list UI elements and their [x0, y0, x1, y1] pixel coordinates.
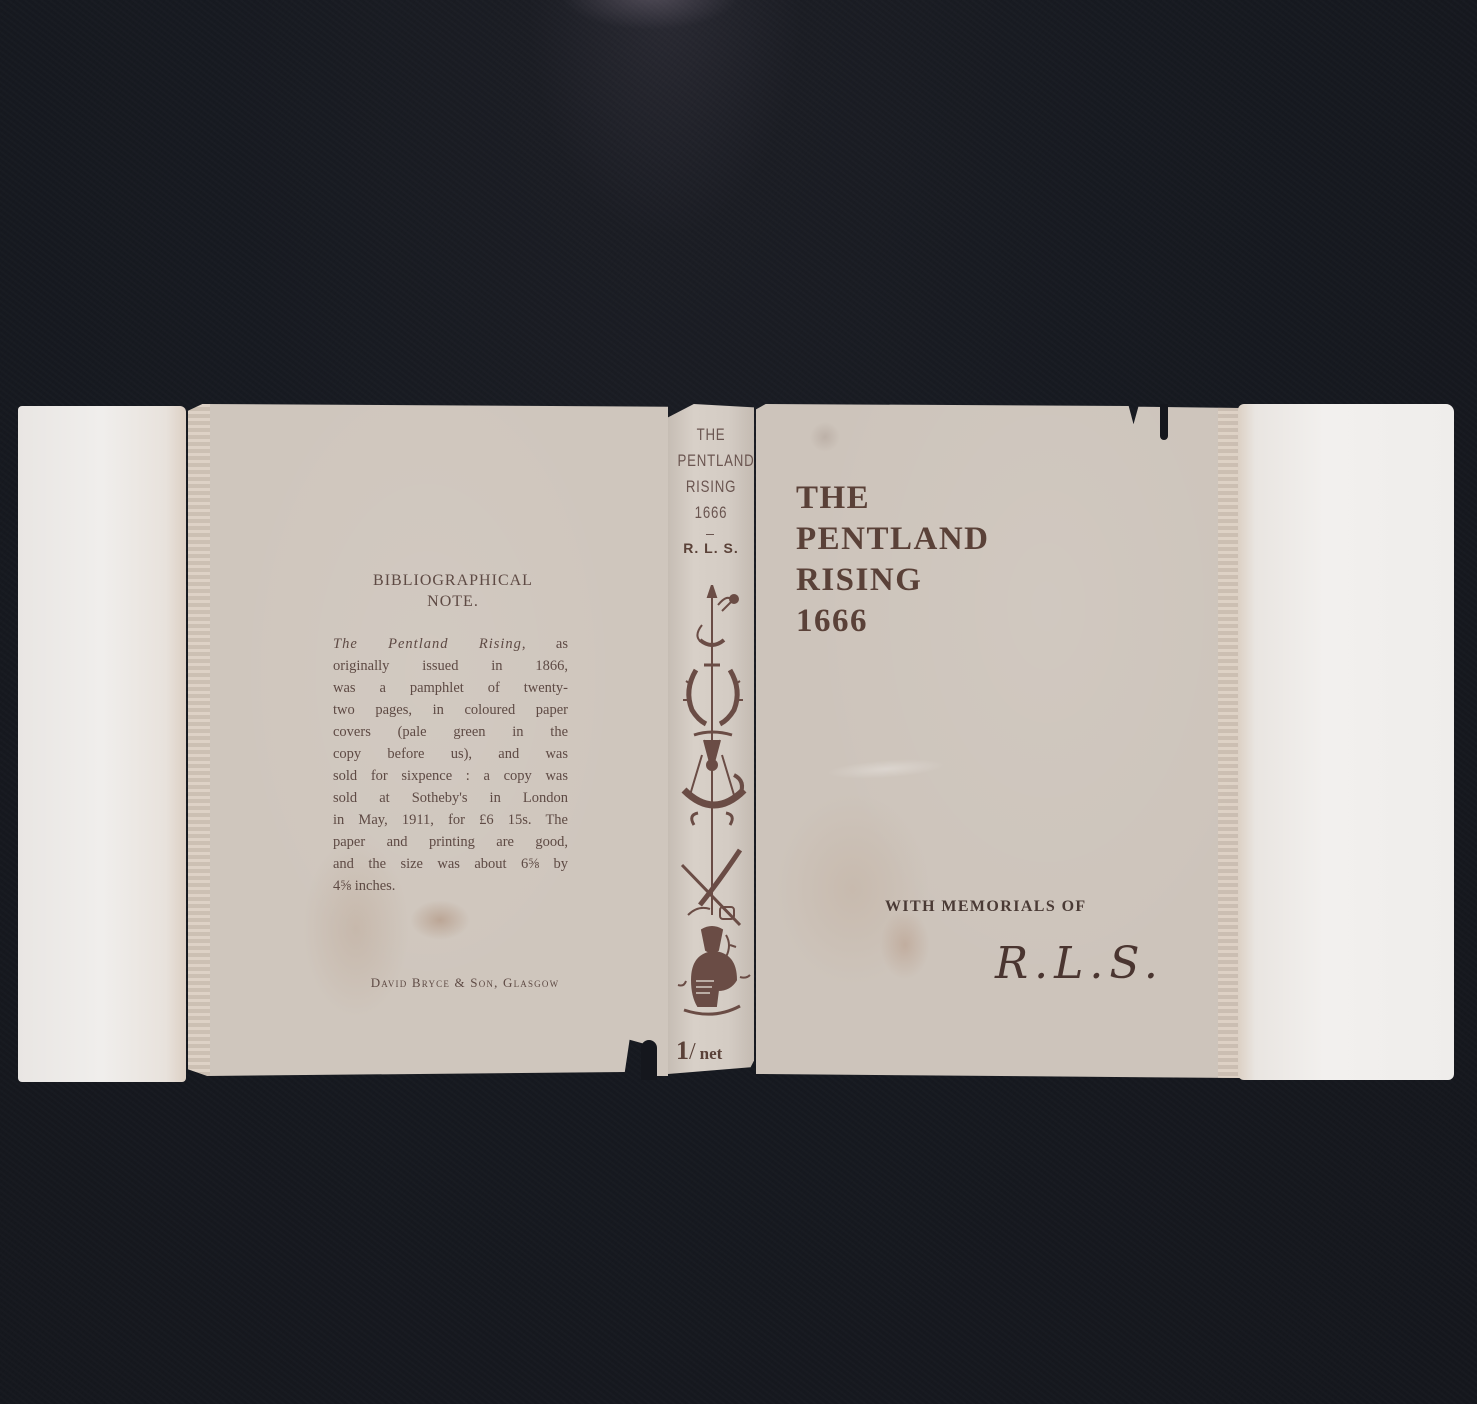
note-line: paper and printing are good, — [333, 831, 568, 853]
heading-line-1: BIBLIOGRAPHICAL — [318, 570, 588, 591]
spine-price: 1/ net — [676, 1036, 722, 1066]
note-line: The Pentland Rising, as — [333, 633, 568, 655]
spine-divider — [706, 534, 714, 535]
handwritten-signature: R.L.S. — [995, 938, 1164, 989]
spine-title-line: THE — [677, 422, 744, 448]
spine-title: THE PENTLAND RISING 1666 — [677, 422, 744, 526]
right-jacket-flap — [1238, 404, 1454, 1080]
note-line: 4⅝ inches. — [333, 875, 568, 897]
front-subtitle: WITH MEMORIALS OF — [885, 898, 1087, 916]
heading-line-2: NOTE. — [318, 591, 588, 612]
note-line: two pages, in coloured paper — [333, 699, 568, 721]
note-line: and the size was about 6⅝ by — [333, 853, 568, 875]
spot-marks — [805, 422, 845, 452]
front-title-line: RISING — [796, 560, 990, 601]
sword-thistle-stag-helmet-icon — [674, 585, 752, 1025]
spine-title-line: RISING — [677, 474, 744, 500]
worn-edge-right — [1218, 404, 1240, 1078]
note-line: covers (pale green in the — [333, 721, 568, 743]
front-title-line: THE — [796, 478, 990, 519]
price-suffix: net — [700, 1044, 723, 1063]
spine-title-line: 1666 — [677, 500, 744, 526]
chip-tear — [1160, 404, 1168, 440]
spine-author: R. L. S. — [668, 540, 754, 556]
note-line: copy before us), and was — [333, 743, 568, 765]
bibliographical-heading: BIBLIOGRAPHICAL NOTE. — [318, 570, 588, 612]
note-line: sold for sixpence : a copy was — [333, 765, 568, 787]
foxing-stain — [410, 900, 470, 940]
publisher-imprint: David Bryce & Son, Glasgow — [330, 975, 600, 991]
chip-tear — [641, 1040, 657, 1080]
left-jacket-flap — [18, 406, 186, 1082]
note-text: as — [527, 636, 568, 652]
foxing-stain — [880, 910, 930, 980]
italic-title: The Pentland Rising, — [333, 636, 527, 652]
bibliographical-note-body: The Pentland Rising, as originally issue… — [333, 633, 568, 897]
spine-title-line: PENTLAND — [677, 448, 744, 474]
note-line: in May, 1911, for £6 15s. The — [333, 809, 568, 831]
worn-edge-left — [188, 404, 210, 1076]
price-numeral: 1 — [676, 1036, 689, 1065]
front-title-line: 1666 — [796, 601, 990, 642]
note-line: sold at Sotheby's in London — [333, 787, 568, 809]
note-line: originally issued in 1866, — [333, 655, 568, 677]
front-cover-title: THE PENTLAND RISING 1666 — [796, 478, 990, 642]
front-title-line: PENTLAND — [796, 519, 990, 560]
note-line: was a pamphlet of twenty- — [333, 677, 568, 699]
price-slash: / — [689, 1039, 696, 1065]
